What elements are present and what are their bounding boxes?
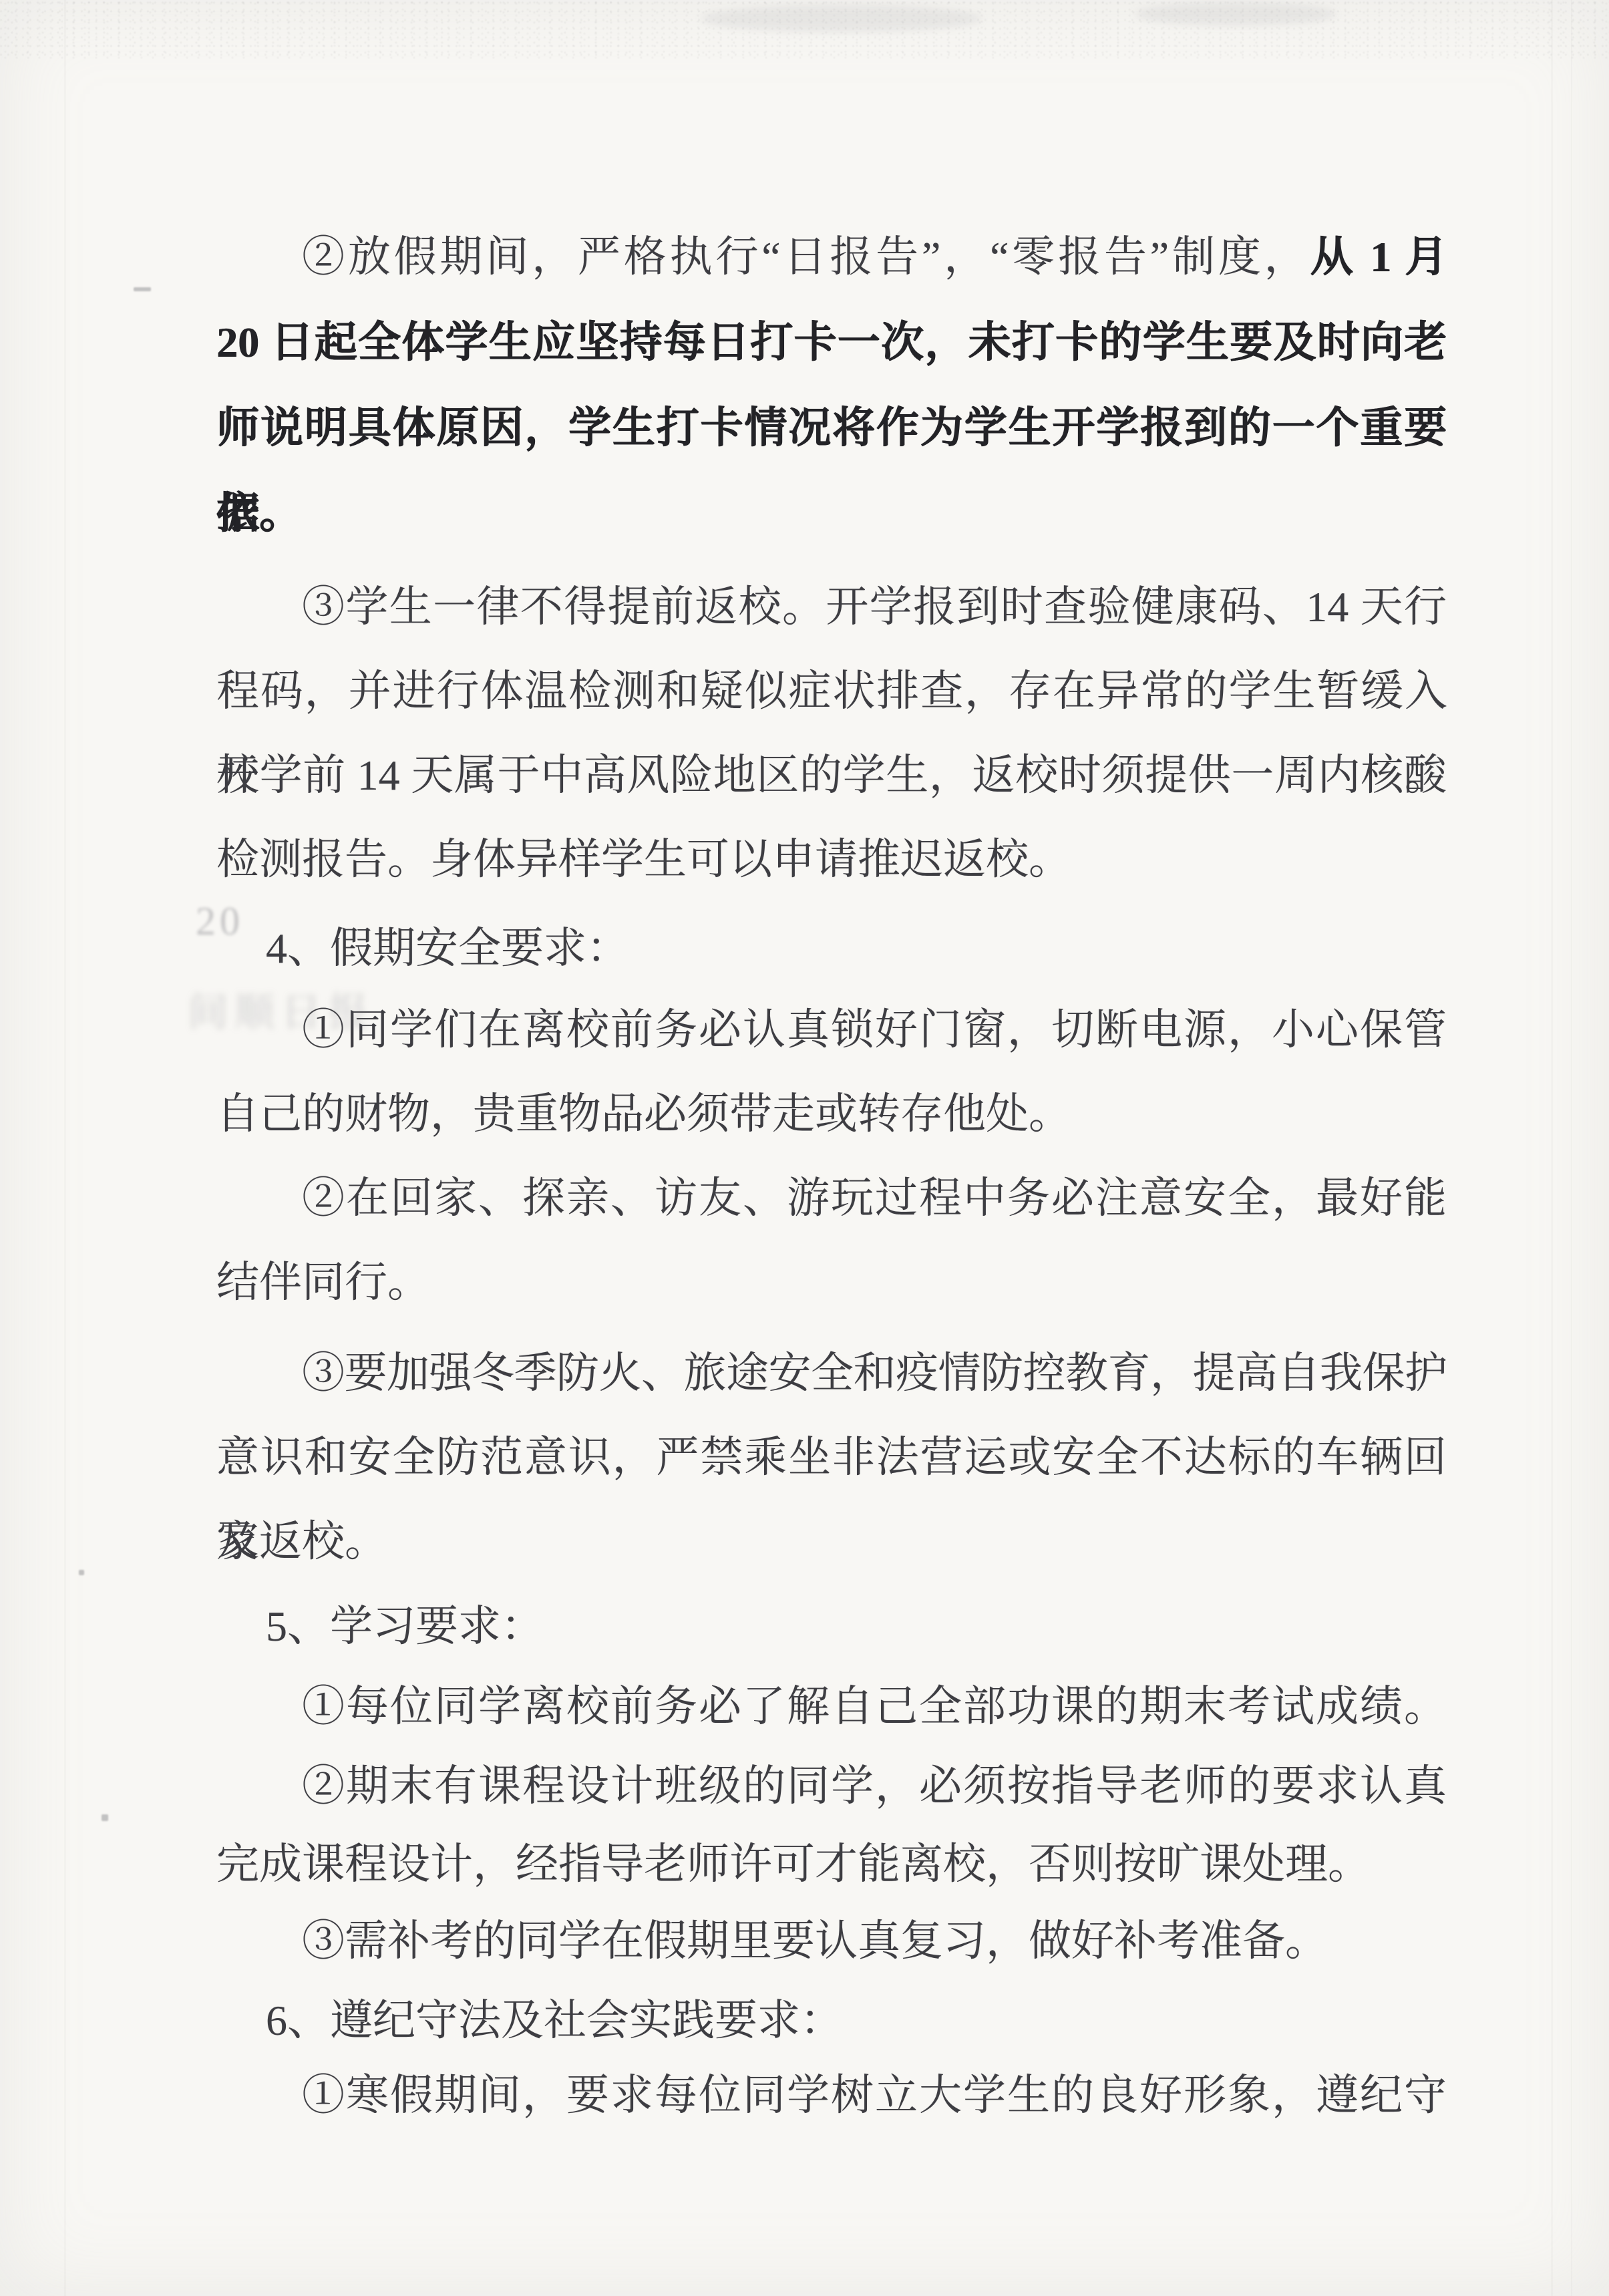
text-segment: ②期末有课程设计班级的同学，必须按指导老师的要求认真	[302, 1762, 1447, 1810]
scan-speck	[102, 1814, 108, 1821]
para-daily-report-rule: ②放假期间，严格执行“日报告”，“零报告”制度，从 1 月20 日起全体学生应坚…	[216, 214, 1447, 556]
text-segment: ③要加强冬季防火、旅途安全和疫情防控教育，提高自我保护	[302, 1349, 1447, 1397]
text-segment: 开学前 14 天属于中高风险地区的学生，返校时须提供一周内核酸	[216, 752, 1447, 799]
para-fire-epidemic-education: ③要加强冬季防火、旅途安全和疫情防控教育，提高自我保护意识和安全防范意识，严禁乘…	[216, 1331, 1447, 1584]
document-line: 20 日起全体学生应坚持每日打卡一次，未打卡的学生要及时向老	[216, 300, 1447, 385]
heading-discipline-practice: 6、遵纪守法及社会实践要求：	[216, 1981, 1447, 2060]
text-segment: 5、学习要求：	[266, 1603, 544, 1650]
scan-speck	[79, 1570, 84, 1575]
bleed-through-text: 间顺日报	[188, 981, 375, 1038]
text-segment: 结伴同行。	[216, 1259, 430, 1306]
text-segment: 完成课程设计，经指导老师许可才能离校，否则按旷课处理。	[216, 1840, 1371, 1888]
text-segment: ③学生一律不得提前返校。开学报到时查验健康码、14 天行	[302, 583, 1447, 631]
document-line: 自己的财物，贵重物品必须带走或转存他处。	[216, 1072, 1447, 1156]
scan-smudge	[701, 5, 982, 32]
document-line: ②在回家、探亲、访友、游玩过程中务必注意安全，最好能	[216, 1156, 1447, 1241]
para-makeup-exam: ③需补考的同学在假期里要认真复习，做好补考准备。	[216, 1902, 1447, 1980]
document-line: ②放假期间，严格执行“日报告”，“零报告”制度，从 1 月	[216, 214, 1447, 300]
scan-smudge	[1135, 3, 1336, 25]
document-line: 4、假期安全要求：	[216, 905, 1447, 993]
para-lock-doors: ①同学们在离校前务必认真锁好门窗，切断电源，小心保管自己的财物，贵重物品必须带走…	[216, 988, 1447, 1156]
document-line: 5、学习要求：	[216, 1585, 1447, 1669]
heading-study-requirements: 5、学习要求：	[216, 1585, 1447, 1669]
para-no-early-return: ③学生一律不得提前返校。开学报到时查验健康码、14 天行程码，并进行体温检测和疑…	[216, 565, 1447, 902]
bold-text-segment: 从 1 月	[1310, 233, 1447, 281]
document-line: ①寒假期间，要求每位同学树立大学生的良好形象，遵纪守	[216, 2056, 1447, 2134]
bleed-through-text: 20	[196, 898, 244, 945]
text-segment: 自己的财物，贵重物品必须带走或转存他处。	[216, 1090, 1071, 1138]
text-segment: ①寒假期间，要求每位同学树立大学生的良好形象，遵纪守	[302, 2072, 1447, 2119]
document-line: 结伴同行。	[216, 1241, 1447, 1325]
scan-streak	[1571, 0, 1572, 2296]
document-line: 完成课程设计，经指导老师许可才能离校，否则按旷课处理。	[216, 1825, 1447, 1903]
text-segment: ③需补考的同学在假期里要认真复习，做好补考准备。	[302, 1917, 1328, 1965]
document-line: ②期末有课程设计班级的同学，必须按指导老师的要求认真	[216, 1747, 1447, 1825]
bold-text-segment: 20 日起全体学生应坚持每日打卡一次，未打卡的学生要及时向老	[216, 319, 1447, 366]
text-segment: ②在回家、探亲、访友、游玩过程中务必注意安全，最好能	[302, 1174, 1447, 1222]
scan-streak	[1551, 0, 1553, 2296]
bold-text-segment: 据。	[216, 490, 302, 537]
document-line: ①同学们在离校前务必认真锁好门窗，切断电源，小心保管	[216, 988, 1447, 1072]
text-segment: ①每位同学离校前务必了解自己全部功课的期末考试成绩。	[302, 1683, 1447, 1730]
document-line: 开学前 14 天属于中高风险地区的学生，返校时须提供一周内核酸	[216, 733, 1447, 818]
document-line: 6、遵纪守法及社会实践要求：	[216, 1981, 1447, 2060]
document-line: ③要加强冬季防火、旅途安全和疫情防控教育，提高自我保护	[216, 1331, 1447, 1416]
document-line: ③需补考的同学在假期里要认真复习，做好补考准备。	[216, 1902, 1447, 1980]
scan-speck	[134, 287, 151, 291]
text-segment: 4、假期安全要求：	[266, 925, 629, 972]
para-travel-safety: ②在回家、探亲、访友、游玩过程中务必注意安全，最好能结伴同行。	[216, 1156, 1447, 1325]
text-segment: ②放假期间，严格执行“日报告”，“零报告”制度，	[302, 233, 1310, 281]
document-line: 意识和安全防范意识，严禁乘坐非法营运或安全不达标的车辆回家	[216, 1416, 1447, 1500]
document-line: 师说明具体原因，学生打卡情况将作为学生开学报到的一个重要依	[216, 385, 1447, 471]
para-good-image: ①寒假期间，要求每位同学树立大学生的良好形象，遵纪守	[216, 2056, 1447, 2134]
document-line: 据。	[216, 471, 1447, 556]
scan-streak	[64, 0, 66, 2296]
scanned-page: ②放假期间，严格执行“日报告”，“零报告”制度，从 1 月20 日起全体学生应坚…	[0, 0, 1609, 2296]
text-segment: 检测报告。身体异样学生可以申请推迟返校。	[216, 836, 1071, 883]
document-line: 检测报告。身体异样学生可以申请推迟返校。	[216, 818, 1447, 902]
document-line: 程码，并进行体温检测和疑似症状排查，存在异常的学生暂缓入校。	[216, 649, 1447, 733]
document-line: ③学生一律不得提前返校。开学报到时查验健康码、14 天行	[216, 565, 1447, 649]
para-exam-results: ①每位同学离校前务必了解自己全部功课的期末考试成绩。	[216, 1667, 1447, 1746]
document-line: ①每位同学离校前务必了解自己全部功课的期末考试成绩。	[216, 1667, 1447, 1746]
document-line: 及返校。	[216, 1500, 1447, 1584]
text-segment: 及返校。	[216, 1518, 387, 1565]
para-course-design: ②期末有课程设计班级的同学，必须按指导老师的要求认真完成课程设计，经指导老师许可…	[216, 1747, 1447, 1903]
heading-holiday-safety: 4、假期安全要求：	[216, 905, 1447, 993]
text-segment: ①同学们在离校前务必认真锁好门窗，切断电源，小心保管	[302, 1006, 1447, 1053]
text-segment: 6、遵纪守法及社会实践要求：	[266, 1997, 843, 2044]
